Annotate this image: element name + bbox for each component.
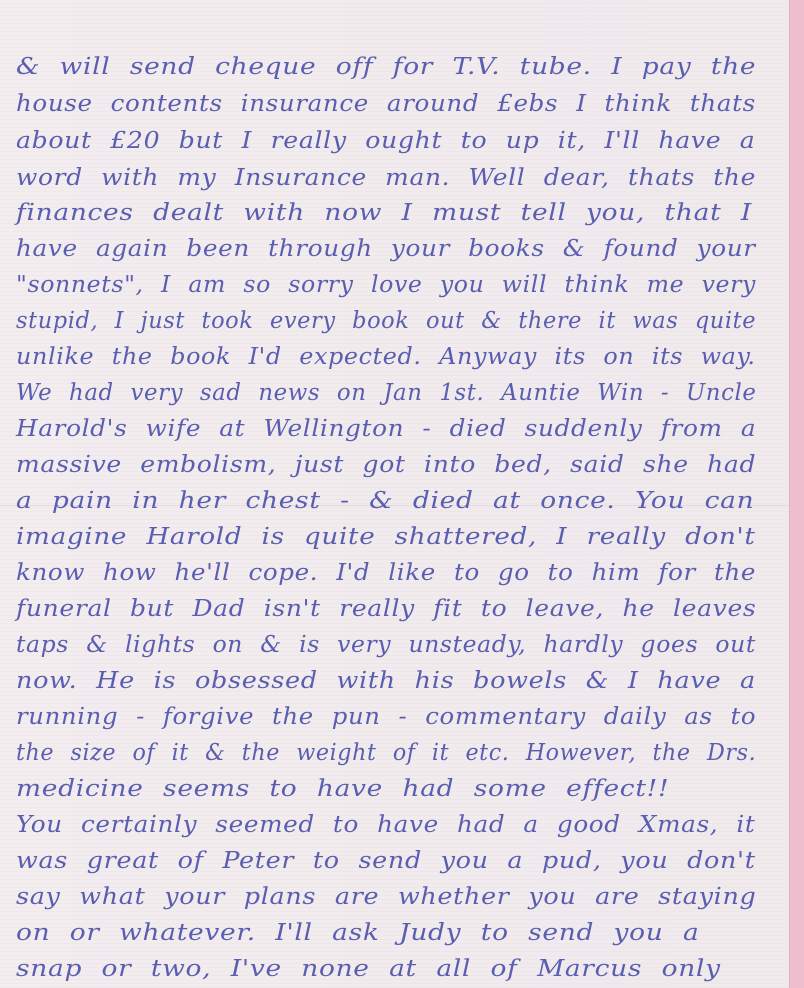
letter-line: on or whatever. I'll ask Judy to send yo… — [16, 920, 699, 946]
letter-line: have again been through your books & fou… — [16, 236, 756, 262]
letter-line: a pain in her chest - & died at once. Yo… — [16, 488, 754, 514]
letter-line: say what your plans are whether you are … — [16, 884, 756, 910]
letter-line: word with my Insurance man. Well dear, t… — [16, 165, 756, 191]
letter-line: know how he'll cope. I'd like to go to h… — [16, 560, 756, 586]
letter-line: You certainly seemed to have had a good … — [16, 812, 755, 838]
letter-line: Harold's wife at Wellington - died sudde… — [16, 416, 756, 442]
letter-line: about £20 but I really ought to up it, I… — [16, 128, 755, 154]
letter-line: snap or two, I've none at all of Marcus … — [16, 956, 721, 982]
letter-line: massive embolism, just got into bed, sai… — [16, 452, 756, 478]
letter-line: medicine seems to have had some effect!! — [16, 776, 669, 802]
letter-line: unlike the book I'd expected. Anyway its… — [16, 344, 756, 370]
letter-line: the size of it & the weight of it etc. H… — [16, 740, 756, 766]
letter-line: funeral but Dad isn't really fit to leav… — [16, 596, 756, 622]
letter-line: running - forgive the pun - commentary d… — [16, 704, 756, 730]
pink-border-strip — [789, 0, 804, 988]
letter-line: taps & lights on & is very unsteady, har… — [16, 632, 756, 658]
letter-line: finances dealt with now I must tell you,… — [16, 200, 752, 226]
letter-line: was great of Peter to send you a pud, yo… — [16, 848, 756, 874]
letter-line: house contents insurance around £ebs I t… — [16, 91, 756, 117]
letter-line: We had very sad news on Jan 1st. Auntie … — [16, 380, 756, 406]
letter-line: & will send cheque off for T.V. tube. I … — [16, 54, 756, 80]
letter-line: stupid, I just took every book out & the… — [16, 308, 756, 334]
letter-line: now. He is obsessed with his bowels & I … — [16, 668, 756, 694]
letter-line: imagine Harold is quite shattered, I rea… — [16, 524, 756, 550]
letter-line: "sonnets", I am so sorry love you will t… — [16, 272, 756, 298]
